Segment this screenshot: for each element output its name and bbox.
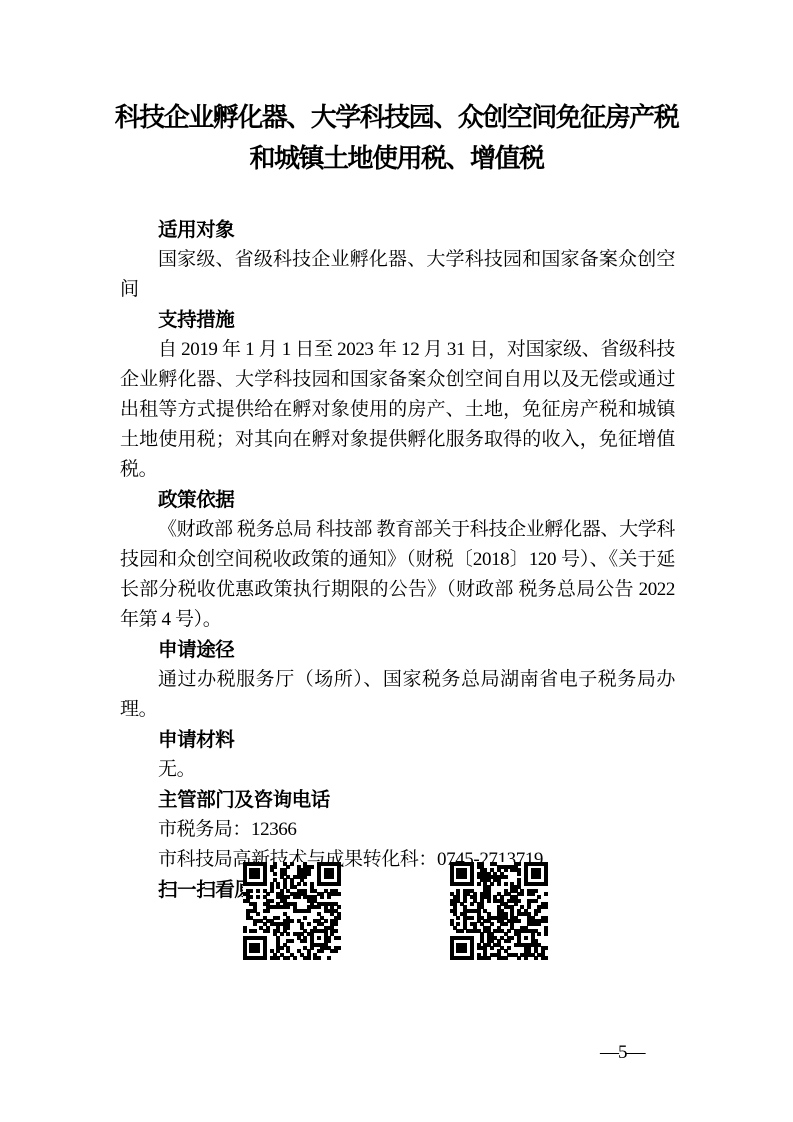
section-heading: 支持措施 [120,305,675,335]
paragraph: 自 2019 年 1 月 1 日至 2023 年 12 月 31 日，对国家级、… [120,335,675,485]
section-heading: 政策依据 [120,485,675,515]
paragraph: 市税务局：12366 [120,815,675,845]
section-heading: 主管部门及咨询电话 [120,785,675,815]
paragraph: 通过办税服务厅（场所）、国家税务总局湖南省电子税务局办理。 [120,665,675,725]
section-heading: 申请材料 [120,725,675,755]
document-page: 科技企业孵化器、大学科技园、众创空间免征房产税 和城镇土地使用税、增值税 适用对… [0,0,793,1122]
paragraph: 无。 [120,755,675,785]
title-line-2: 和城镇土地使用税、增值税 [59,138,734,179]
paragraph: 《财政部 税务总局 科技部 教育部关于科技企业孵化器、大学科技园和众创空间税收政… [120,515,675,635]
qr-code-left [243,862,341,960]
document-sections: 适用对象国家级、省级科技企业孵化器、大学科技园和国家备案众创空间支持措施自 20… [120,215,675,905]
section-heading: 申请途径 [120,635,675,665]
qr-code-right [450,862,548,960]
title-line-1: 科技企业孵化器、大学科技园、众创空间免征房产税 [59,97,734,138]
document-title: 科技企业孵化器、大学科技园、众创空间免征房产税 和城镇土地使用税、增值税 [59,97,734,179]
qr-row [0,862,793,960]
section-heading: 适用对象 [120,215,675,245]
page-number: —5— [600,1042,645,1064]
paragraph: 国家级、省级科技企业孵化器、大学科技园和国家备案众创空间 [120,245,675,305]
